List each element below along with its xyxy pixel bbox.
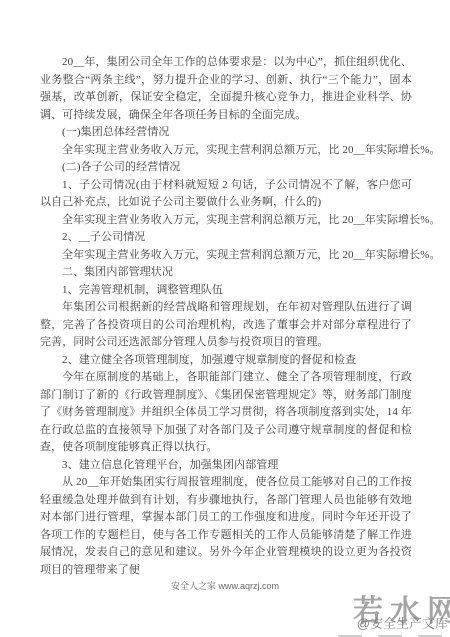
doc-paragraph-subsidiary-2: 2、__子公司情况 [40,229,412,247]
doc-paragraph-revenue-3: 全年实现主营业务收入万元，实现主营利润总额万元，比 20__年实际增长%。 [40,247,412,265]
doc-heading-item-1: 1、完善管理机制，调整管理队伍 [40,282,412,300]
doc-paragraph-item-3-body: 从 20__年开始集团实行周报管理制度，使各位员工能够对自己的工作按轻重缓急处理… [40,474,412,579]
doc-paragraph-item-2-body: 今年在原制度的基础上，各职能部门建立、健全了各项管理制度，行政部门制订了新的《行… [40,369,412,457]
doc-heading-section-1: (一)集团总体经营情况 [40,124,412,142]
doc-paragraph-item-1-body: 年集团公司根据新的经营战略和管理规划，在年初对管理队伍进行了调整，完善了各投资项… [40,299,412,352]
doc-heading-section-2: (二)各子公司的经营情况 [40,159,412,177]
doc-paragraph-subsidiary-1: 1、子公司情况(由于材料就短短 2 句话，子公司情况不了解，客户您可以自己补充点… [40,177,412,212]
document-page: 20__年，集团公司全年工作的总体要求是：以为中心”，抓住组织优化、业务整合“两… [0,0,450,637]
doc-heading-item-2: 2、建立健全各项管理制度，加强遵守规章制度的督促和检查 [40,352,412,370]
watermark-brand-text: 若水网 [353,586,450,630]
document-body: 20__年，集团公司全年工作的总体要求是：以为中心”，抓住组织优化、业务整合“两… [40,54,412,579]
doc-paragraph-revenue-2: 全年实现主营业务收入万元，实现主营利润总额万元，比 20__年实际增长%。 [40,212,412,230]
footer-site-label: 安全人之家 www.aqrzj.com [171,581,279,591]
watermark-overlay-text: @安全生产文库 [357,613,448,632]
doc-heading-item-3: 3、建立信息化管理平台，加强集团内部管理 [40,457,412,475]
watermark: 若水网 @安全生产文库 [300,587,450,637]
doc-paragraph-revenue-1: 全年实现主营业务收入万元，实现主营利润总额万元，比 20__年实际增长%。 [40,142,412,160]
doc-heading-internal-management: 二、集团内部管理状况 [40,264,412,282]
doc-paragraph-intro: 20__年，集团公司全年工作的总体要求是：以为中心”，抓住组织优化、业务整合“两… [40,54,412,124]
page-footer: 安全人之家 www.aqrzj.com [0,579,450,592]
